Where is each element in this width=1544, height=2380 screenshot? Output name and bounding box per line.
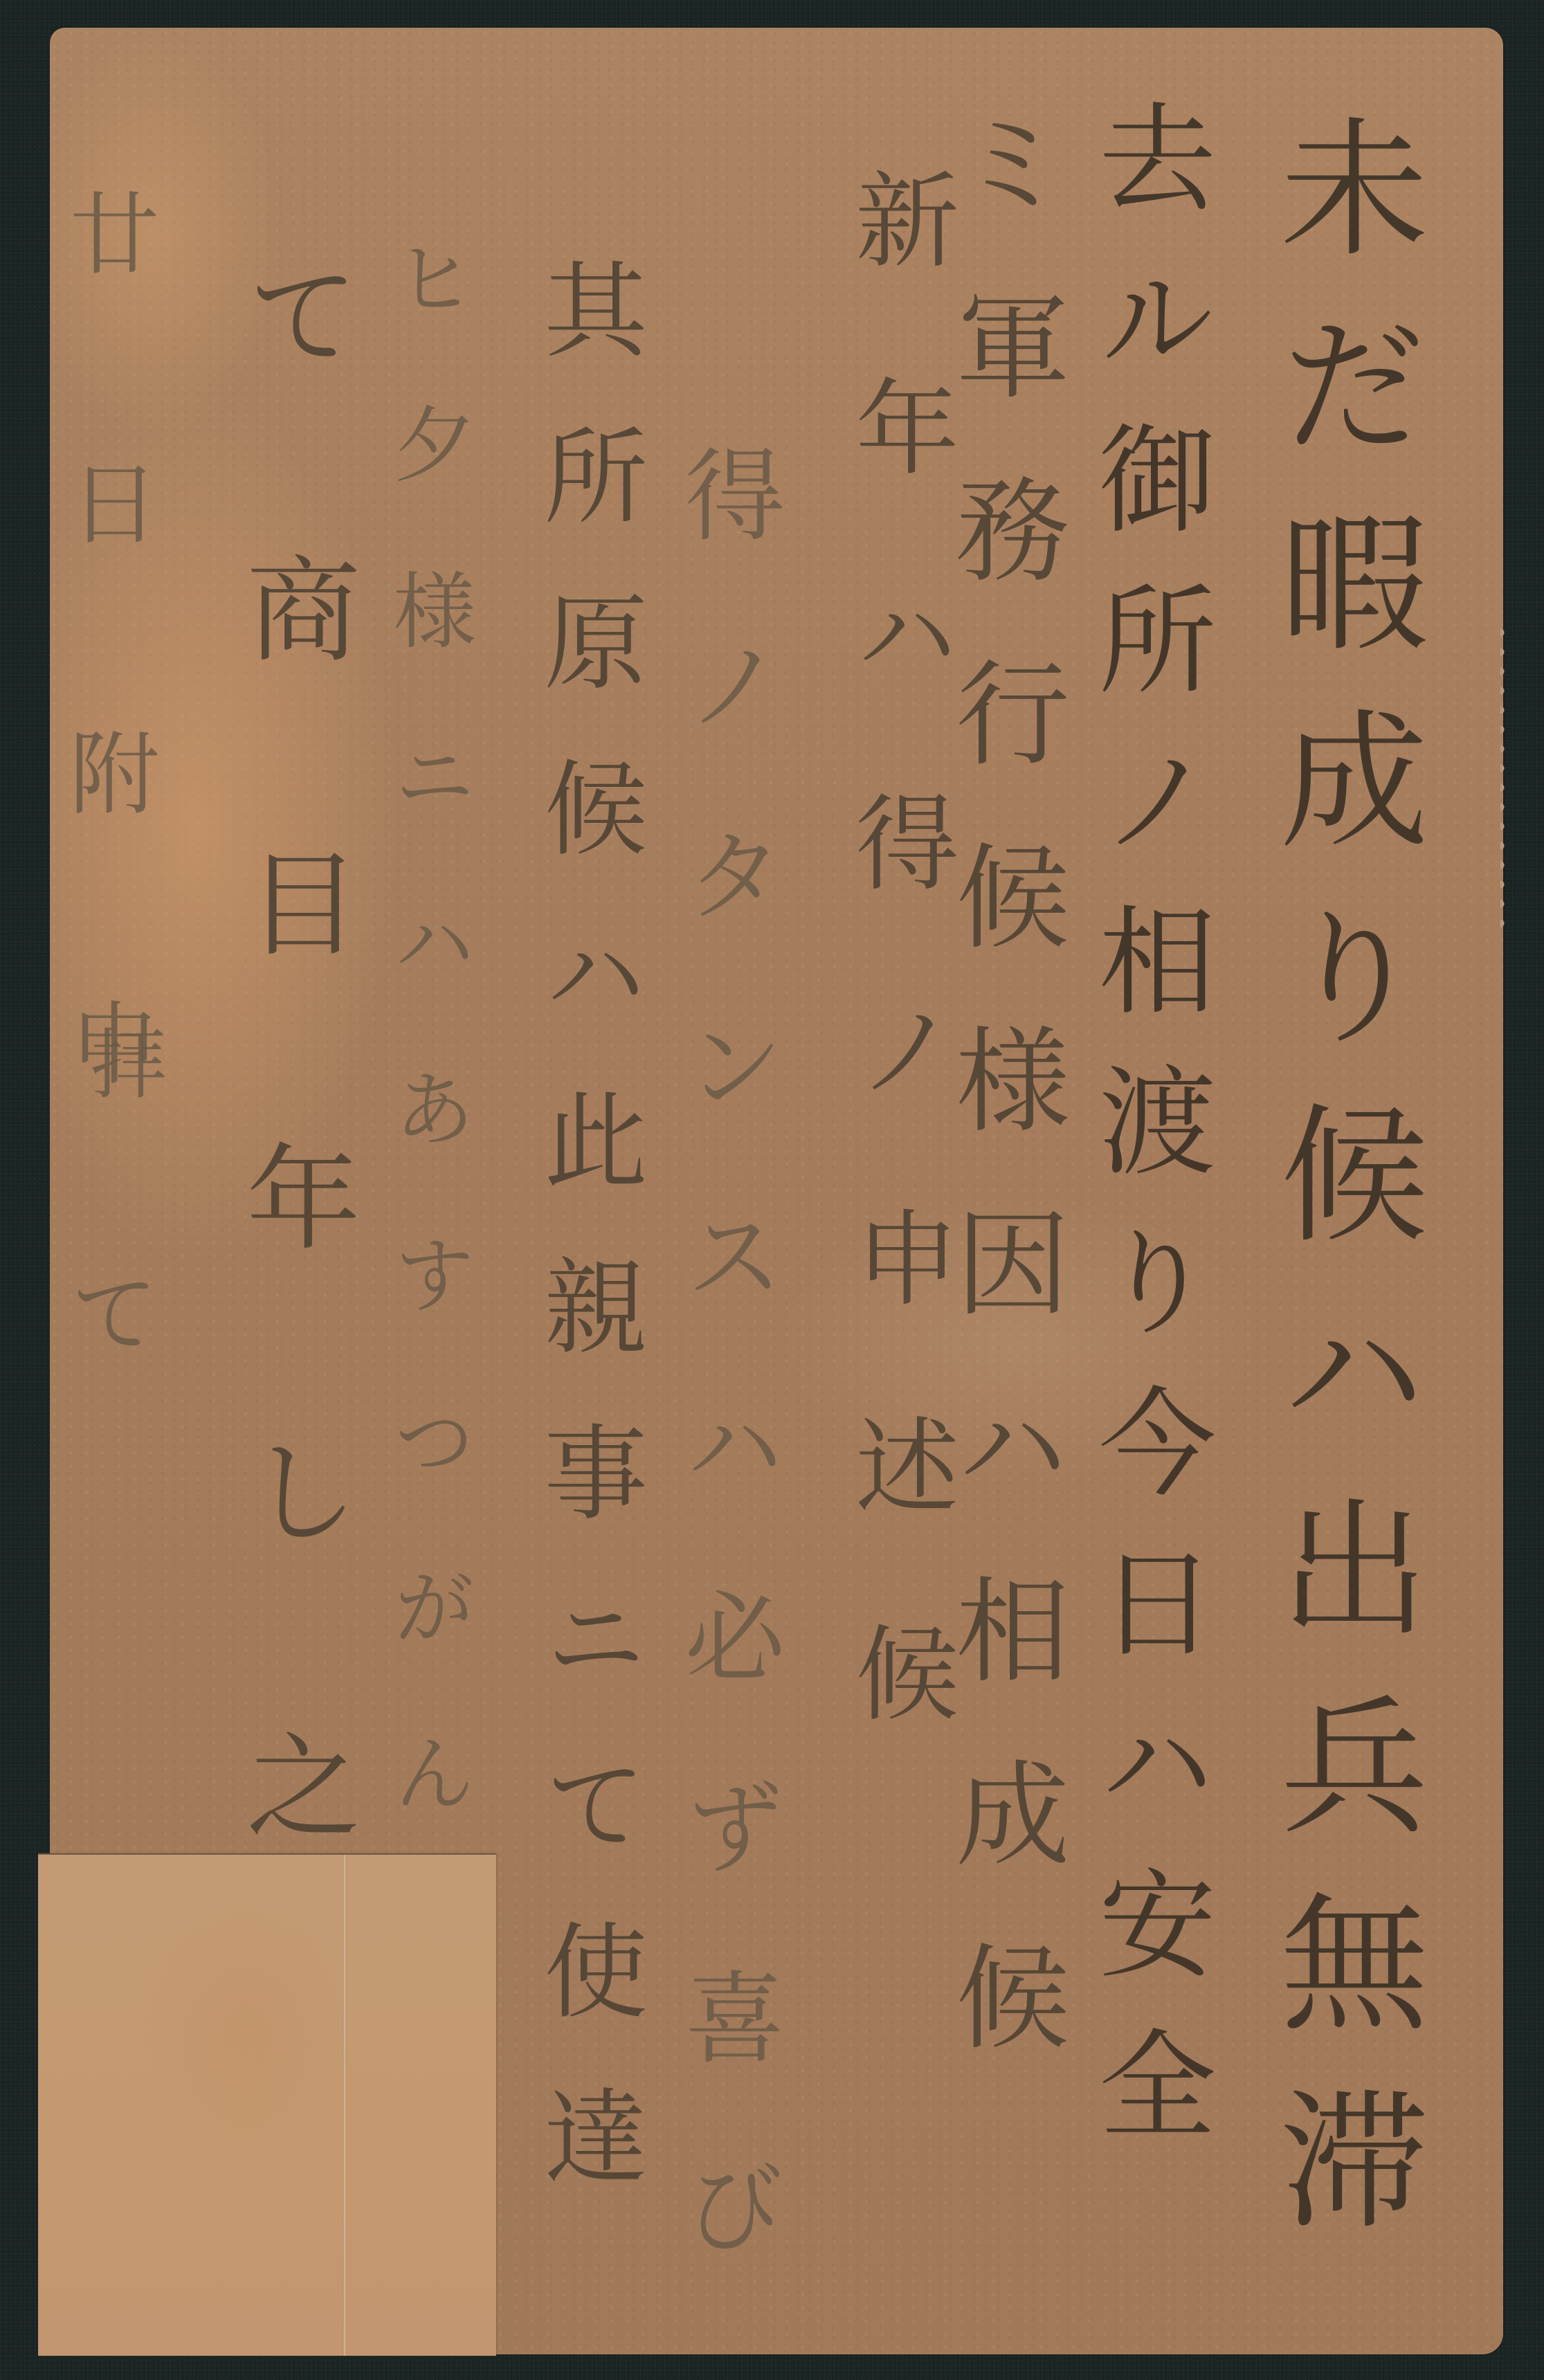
text-column-1: 未だ暇成り候ハ出兵無滞 bbox=[1268, 111, 1417, 2280]
perforated-edge bbox=[1500, 623, 1510, 927]
pasted-paper-slip bbox=[38, 1853, 496, 2356]
text-column-8: て商目年し之 bbox=[237, 256, 351, 2021]
slip-fold-line bbox=[343, 1855, 347, 2356]
text-column-6: 其所原候ハ此親事ニて使達 bbox=[534, 256, 638, 2249]
text-column-5: 得ノタンスハ必ず喜び bbox=[676, 443, 776, 2346]
text-column-9: 廿日附申て bbox=[62, 187, 152, 1536]
text-column-2: 去ル御所ノ相渡り今日ハ安全 bbox=[1088, 97, 1206, 2184]
text-column-4: 新年ハ得ノ申述候 bbox=[846, 166, 950, 1827]
text-column-7: ヒ夕様ニハあすつがんか bbox=[385, 235, 469, 2062]
text-column-10: 拝 bbox=[84, 1024, 161, 1113]
letter-paper: 未だ暇成り候ハ出兵無滞 去ル御所ノ相渡り今日ハ安全 ミ軍務行候様因ハ相成候 新年… bbox=[50, 28, 1503, 2354]
text-column-3: ミ軍務行候様因ハ相成候 bbox=[946, 104, 1060, 2121]
